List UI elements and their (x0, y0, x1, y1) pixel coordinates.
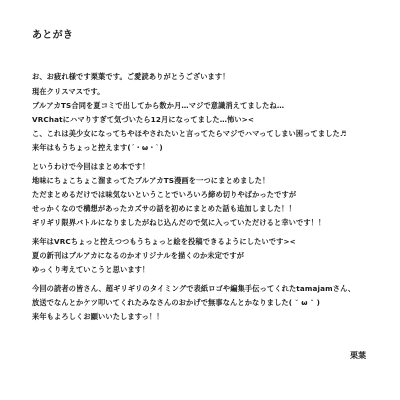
text-line: せっかくなので構想があったカズサの話を初めにまとめた話も追加しました！！ (32, 204, 296, 213)
page-title: あとがき (32, 26, 73, 41)
text-line: 夏の新刊はブルアカになるのかオリジナルを描くのか未定ですが (32, 251, 244, 260)
text-line: ブルアカTS合同を夏コミで出してから数か月…マジで意識消えてましたね… (32, 101, 284, 110)
text-line: 現在クリスマスです。 (32, 87, 105, 96)
text-line: というわけで今回はまとめ本です！ (32, 162, 149, 171)
text-line: 来年もよろしくお願いいたしますっ！！ (32, 312, 164, 321)
text-line: VRChatにハマりすぎて気づいたら12月になってました…怖い>< (32, 115, 254, 124)
text-line: こ、これは美少女になってちやほやされたいと言ってたらマジでハマってしまい困ってま… (32, 129, 347, 138)
text-line: ギリギリ限界バトルになりましたがねじ込んだので気に入っていただけると幸いです！！ (32, 218, 325, 227)
text-line: 放送でなんとかケツ叩いてくれたみなさんのおかげで無事なんとかなりました( ˘ ω… (32, 298, 320, 307)
text-line: ゆっくり考えていこうと思います！ (32, 265, 149, 274)
text-line: 来年はもうちょっと控えます(´・ω・`) (32, 143, 163, 152)
text-line: お、お疲れ様です栗葉です。ご愛読ありがとうございます！ (32, 72, 230, 81)
text-line: ただまとめるだけでは味気ないということでいろいろ締め切りやばかったですが (32, 190, 296, 199)
author-signature: 栗葉 (350, 350, 366, 361)
text-line: 地味にちょこちょこ溜まってたブルアカTS漫画を一つにまとめました！ (32, 176, 270, 185)
text-line: 来年はVRCちょっと控えつつもうちょっと絵を投稿できるようにしたいです>< (32, 237, 296, 246)
afterword-page: あとがき お、お疲れ様です栗葉です。ご愛読ありがとうございます！ 現在クリスマス… (0, 0, 400, 400)
text-line: 今回の読者の皆さん、超ギリギリのタイミングで表紙ロゴや編集手伝ってくれたtama… (32, 284, 355, 293)
